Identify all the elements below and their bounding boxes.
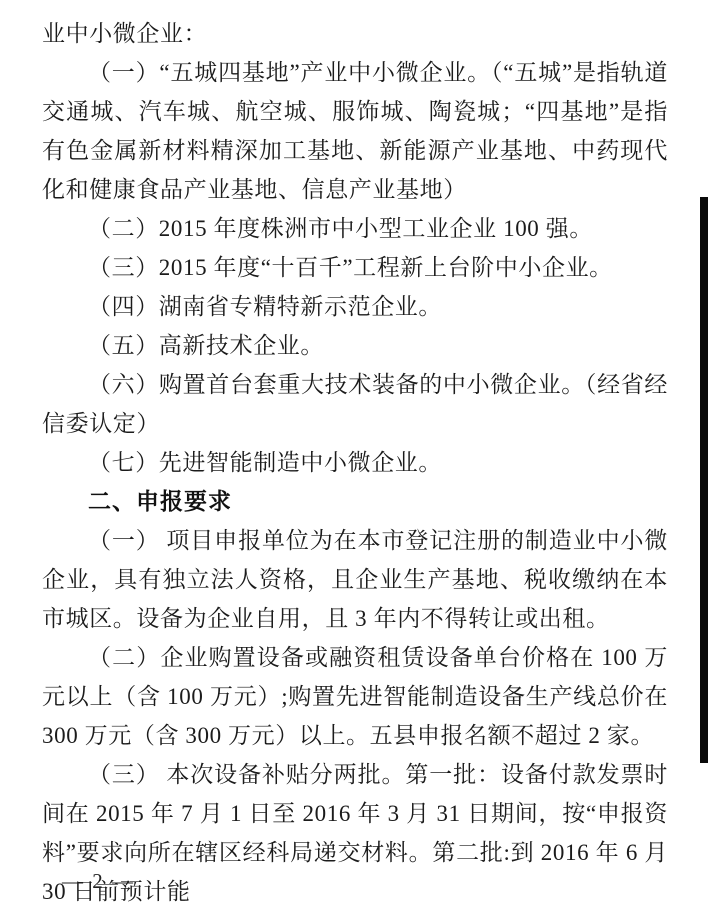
paragraph-item-3: （三）2015 年度“十百千”工程新上台阶中小企业。 (42, 248, 668, 287)
page-number: — 2 — (62, 869, 135, 894)
section-heading: 二、申报要求 (42, 482, 668, 521)
paragraph-req-3: （三） 本次设备补贴分两批。第一批：设备付款发票时间在 2015 年 7 月 1… (42, 755, 668, 909)
scan-artifact-bar (700, 197, 708, 763)
paragraph-item-1: （一）“五城四基地”产业中小微企业。（“五城”是指轨道交通城、汽车城、航空城、服… (42, 53, 668, 209)
paragraph-item-4: （四）湖南省专精特新示范企业。 (42, 287, 668, 326)
paragraph-item-6: （六）购置首台套重大技术装备的中小微企业。（经省经信委认定） (42, 365, 668, 443)
document-body: 业中小微企业： （一）“五城四基地”产业中小微企业。（“五城”是指轨道交通城、汽… (42, 14, 668, 909)
paragraph-item-2: （二）2015 年度株洲市中小型工业企业 100 强。 (42, 209, 668, 248)
paragraph-req-1: （一） 项目申报单位为在本市登记注册的制造业中小微企业，具有独立法人资格，且企业… (42, 521, 668, 638)
paragraph-item-5: （五）高新技术企业。 (42, 326, 668, 365)
paragraph-req-2: （二）企业购置设备或融资租赁设备单台价格在 100 万元以上（含 100 万元）… (42, 638, 668, 755)
paragraph-item-7: （七）先进智能制造中小微企业。 (42, 443, 668, 482)
document-page: 业中小微企业： （一）“五城四基地”产业中小微企业。（“五城”是指轨道交通城、汽… (0, 0, 708, 909)
continuation-line: 业中小微企业： (42, 14, 668, 53)
